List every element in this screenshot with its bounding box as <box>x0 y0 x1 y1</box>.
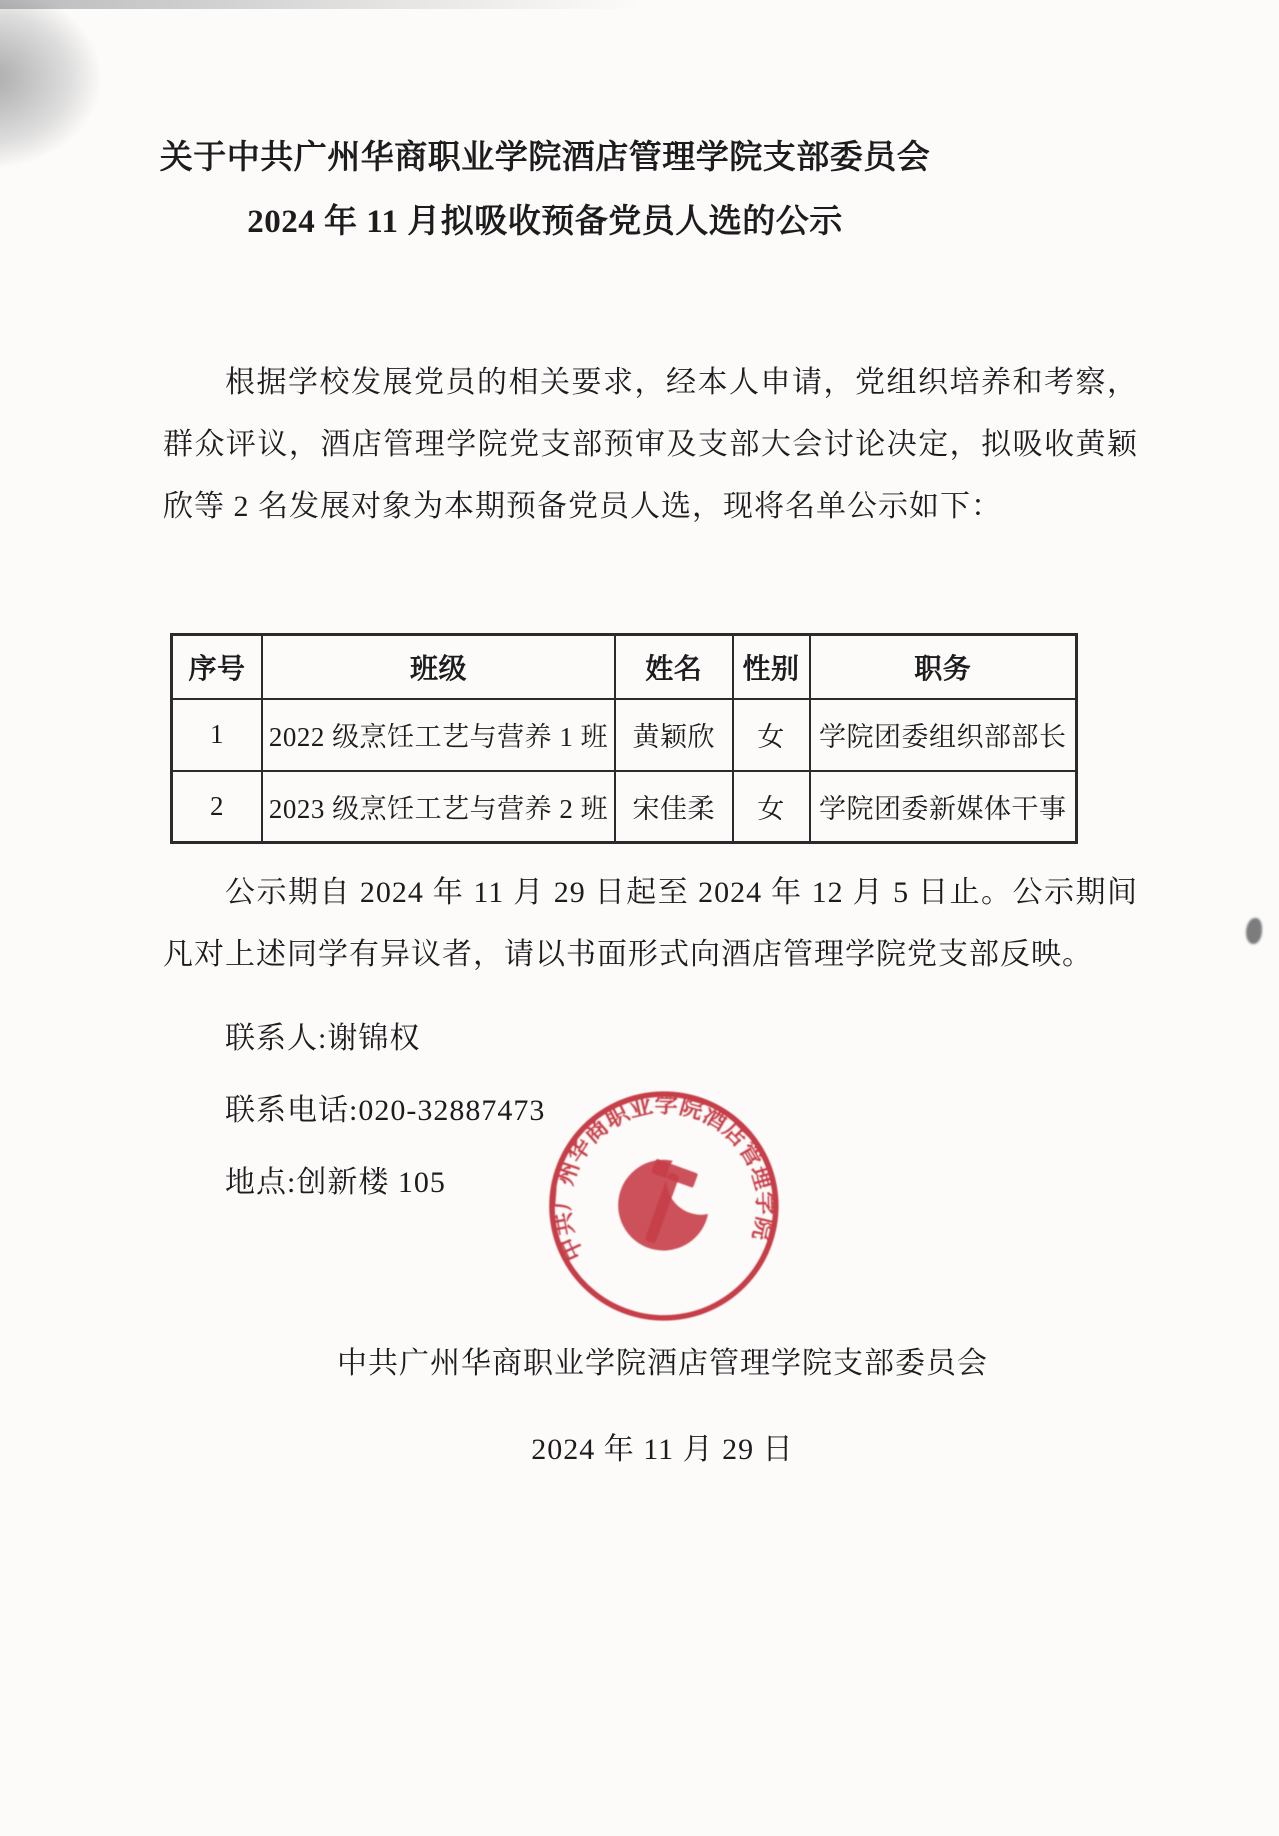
cell-position: 学院团委新媒体干事 <box>810 771 1077 843</box>
document-title: 关于中共广州华商职业学院酒店管理学院支部委员会 2024 年 11 月拟吸收预备… <box>0 126 1090 254</box>
signature-committee: 中共广州华商职业学院酒店管理学院支部委员会 <box>170 1338 1155 1382</box>
table-row: 1 2022 级烹饪工艺与营养 1 班 黄颖欣 女 学院团委组织部部长 <box>172 699 1077 771</box>
official-seal-stamp: 中共广州华商职业学院酒店管理学院支部委员会 <box>528 1071 801 1344</box>
intro-paragraph: 根据学校发展党员的相关要求，经本人申请，党组织培养和考察，群众评议，酒店管理学院… <box>163 352 1138 538</box>
table-header-row: 序号 班级 姓名 性别 职务 <box>172 635 1077 699</box>
scan-ink-speck <box>1246 918 1262 944</box>
seal-ring <box>541 1083 787 1329</box>
candidate-table: 序号 班级 姓名 性别 职务 1 2022 级烹饪工艺与营养 1 班 黄颖欣 女… <box>170 633 1078 844</box>
hammer-and-sickle-icon <box>606 1148 718 1263</box>
title-line-2: 2024 年 11 月拟吸收预备党员人选的公示 <box>0 190 1090 254</box>
col-header-gender: 性别 <box>733 635 810 699</box>
cell-gender: 女 <box>733 699 810 771</box>
svg-text:中共广州华商职业学院酒店管理学院支部委员会: 中共广州华商职业学院酒店管理学院支部委员会 <box>528 1071 784 1269</box>
signature-date: 2024 年 11 月 29 日 <box>170 1424 1155 1468</box>
title-line-1: 关于中共广州华商职业学院酒店管理学院支部委员会 <box>0 126 1090 190</box>
document-page: 关于中共广州华商职业学院酒店管理学院支部委员会 2024 年 11 月拟吸收预备… <box>0 0 1279 1836</box>
col-header-class: 班级 <box>262 635 615 699</box>
scan-shadow-top-edge <box>0 0 640 9</box>
contact-person: 联系人:谢锦权 <box>225 1013 420 1057</box>
cell-position: 学院团委组织部部长 <box>810 699 1077 771</box>
cell-no: 2 <box>172 771 263 843</box>
cell-class: 2023 级烹饪工艺与营养 2 班 <box>262 771 615 843</box>
notice-paragraph: 公示期自 2024 年 11 月 29 日起至 2024 年 12 月 5 日止… <box>163 862 1138 986</box>
cell-name: 黄颖欣 <box>615 699 733 771</box>
table-row: 2 2023 级烹饪工艺与营养 2 班 宋佳柔 女 学院团委新媒体干事 <box>172 771 1077 843</box>
cell-name: 宋佳柔 <box>615 771 733 843</box>
col-header-position: 职务 <box>810 635 1077 699</box>
cell-class: 2022 级烹饪工艺与营养 1 班 <box>262 699 615 771</box>
col-header-name: 姓名 <box>615 635 733 699</box>
contact-location: 地点:创新楼 105 <box>225 1157 446 1201</box>
col-header-no: 序号 <box>172 635 263 699</box>
cell-no: 1 <box>172 699 263 771</box>
contact-phone: 联系电话:020-32887473 <box>225 1085 545 1129</box>
seal-ring-text: 中共广州华商职业学院酒店管理学院支部委员会 <box>528 1071 784 1269</box>
cell-gender: 女 <box>733 771 810 843</box>
